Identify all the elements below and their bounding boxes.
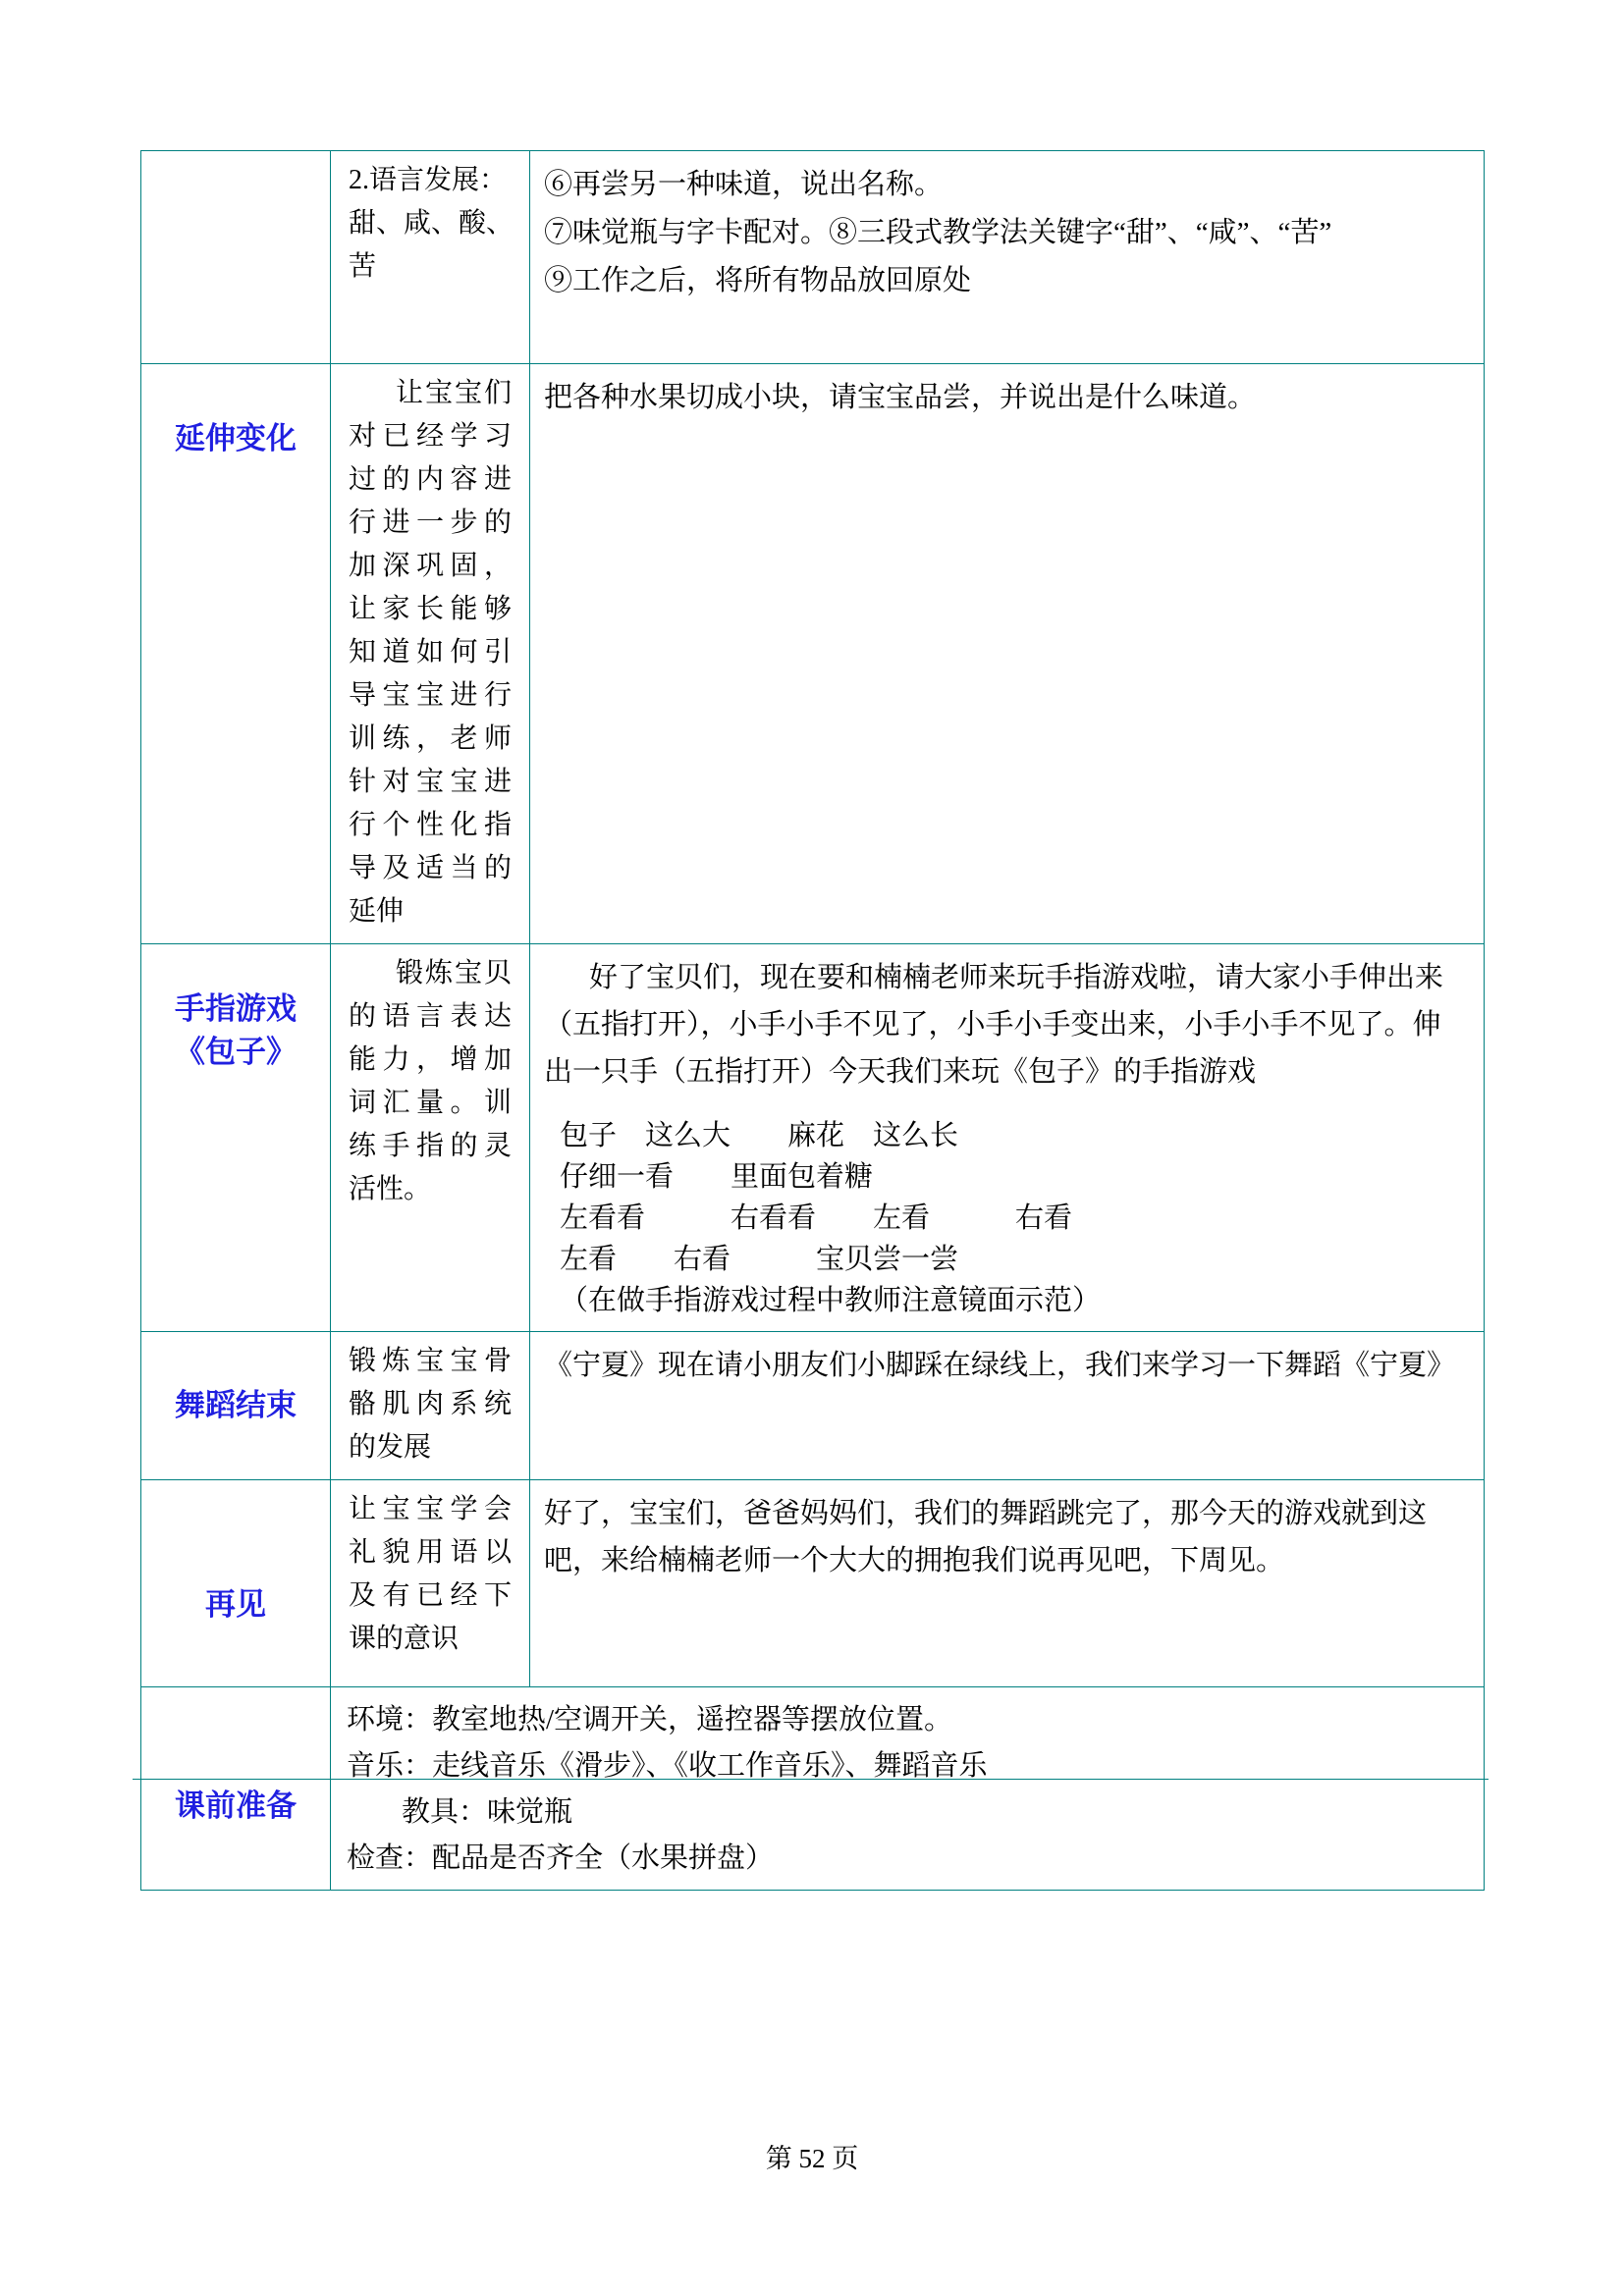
- purpose-text: 让宝宝们对已经学习过的内容进行进一步的加深巩固，让家长能够知道如何引导宝宝进行训…: [349, 372, 512, 934]
- rhyme-line: 仔细一看 里面包着糖: [544, 1156, 1468, 1198]
- cell-preparation-details: 环境：教室地热/空调开关，遥控器等摆放位置。 音乐：走线音乐《滑步》、《收工作音…: [330, 1687, 1484, 1890]
- cell-purpose: 让宝宝们对已经学习过的内容进行进一步的加深巩固，让家长能够知道如何引导宝宝进行训…: [330, 364, 529, 943]
- table-row-finger-game: 手指游戏 《包子》 锻炼宝贝的语言表达能力，增加词汇量。训练手指的灵活性。 好了…: [141, 943, 1484, 1331]
- cell-content: 好了宝贝们，现在要和楠楠老师来玩手指游戏啦，请大家小手伸出来（五指打开），小手小…: [529, 944, 1484, 1331]
- row-label-goodbye: 再见: [205, 1583, 266, 1627]
- table-row-continuation: 2.语言发展： 甜、咸、酸、 苦 ⑥再尝另一种味道，说出名称。 ⑦味觉瓶与字卡配…: [141, 151, 1484, 363]
- finger-game-rhyme: 包子 这么大 麻花 这么长 仔细一看 里面包着糖 左看看 右看看 左看 右看 左…: [544, 1115, 1468, 1321]
- cell-activity-name: 再见: [141, 1480, 330, 1686]
- row-label-dance-end: 舞蹈结束: [175, 1384, 297, 1427]
- lesson-plan-table: 2.语言发展： 甜、咸、酸、 苦 ⑥再尝另一种味道，说出名称。 ⑦味觉瓶与字卡配…: [140, 150, 1485, 1891]
- row-label-extension: 延伸变化: [175, 417, 297, 460]
- cell-purpose: 锻炼宝贝的语言表达能力，增加词汇量。训练手指的灵活性。: [330, 944, 529, 1331]
- purpose-text: 锻炼宝宝骨骼肌肉系统的发展: [349, 1340, 512, 1469]
- cell-activity-name-empty: [141, 151, 330, 363]
- cell-content-steps: ⑥再尝另一种味道，说出名称。 ⑦味觉瓶与字卡配对。⑧三段式教学法关键字“甜”、“…: [529, 151, 1484, 363]
- page-number: 第 52 页: [0, 2143, 1624, 2174]
- table-row-dance-end: 舞蹈结束 锻炼宝宝骨骼肌肉系统的发展 《宁夏》现在请小朋友们小脚踩在绿线上，我们…: [141, 1331, 1484, 1479]
- purpose-text: 锻炼宝贝的语言表达能力，增加词汇量。训练手指的灵活性。: [349, 952, 512, 1211]
- table-row-extension: 延伸变化 让宝宝们对已经学习过的内容进行进一步的加深巩固，让家长能够知道如何引导…: [141, 363, 1484, 943]
- step-line: ⑨工作之后，将所有物品放回原处: [544, 257, 1468, 305]
- prep-line-props: 教具：味觉瓶: [347, 1789, 1468, 1836]
- content-text: 《宁夏》现在请小朋友们小脚踩在绿线上，我们来学习一下舞蹈《宁夏》: [544, 1342, 1468, 1389]
- rhyme-line: 包子 这么大 麻花 这么长: [544, 1115, 1468, 1156]
- cell-activity-name: 延伸变化: [141, 364, 330, 943]
- prep-line-check: 检查：配品是否齐全（水果拼盘）: [347, 1836, 1468, 1882]
- step-line: ⑥再尝另一种味道，说出名称。: [544, 161, 1468, 209]
- cell-activity-name: 舞蹈结束: [141, 1332, 330, 1479]
- purpose-text: 让宝宝学会礼貌用语以及有已经下课的意识: [349, 1488, 512, 1661]
- table-bottom-rule: [133, 1779, 1489, 1780]
- prep-line-environment: 环境：教室地热/空调开关，遥控器等摆放位置。: [347, 1697, 1468, 1743]
- document-page: 2.语言发展： 甜、咸、酸、 苦 ⑥再尝另一种味道，说出名称。 ⑦味觉瓶与字卡配…: [0, 0, 1624, 2296]
- content-text: 好了，宝宝们，爸爸妈妈们，我们的舞蹈跳完了，那今天的游戏就到这吧，来给楠楠老师一…: [544, 1490, 1468, 1584]
- rhyme-line: 左看看 右看看 左看 右看: [544, 1198, 1468, 1239]
- row-label-preparation: 课前准备: [175, 1785, 297, 1828]
- row-label-finger-game: 手指游戏 《包子》: [175, 988, 297, 1074]
- cell-purpose-language-development: 2.语言发展： 甜、咸、酸、 苦: [330, 151, 529, 363]
- cell-purpose: 让宝宝学会礼貌用语以及有已经下课的意识: [330, 1480, 529, 1686]
- cell-content: 《宁夏》现在请小朋友们小脚踩在绿线上，我们来学习一下舞蹈《宁夏》: [529, 1332, 1484, 1479]
- finger-game-intro: 好了宝贝们，现在要和楠楠老师来玩手指游戏啦，请大家小手伸出来（五指打开），小手小…: [544, 954, 1468, 1095]
- cell-purpose: 锻炼宝宝骨骼肌肉系统的发展: [330, 1332, 529, 1479]
- prep-line-music: 音乐：走线音乐《滑步》、《收工作音乐》、舞蹈音乐: [347, 1743, 1468, 1789]
- table-row-preparation: 课前准备 环境：教室地热/空调开关，遥控器等摆放位置。 音乐：走线音乐《滑步》、…: [141, 1686, 1484, 1890]
- step-line: ⑦味觉瓶与字卡配对。⑧三段式教学法关键字“甜”、“咸”、“苦”: [544, 209, 1468, 257]
- content-text: 把各种水果切成小块，请宝宝品尝，并说出是什么味道。: [544, 374, 1468, 421]
- cell-content: 把各种水果切成小块，请宝宝品尝，并说出是什么味道。: [529, 364, 1484, 943]
- cell-content: 好了，宝宝们，爸爸妈妈们，我们的舞蹈跳完了，那今天的游戏就到这吧，来给楠楠老师一…: [529, 1480, 1484, 1686]
- table-row-goodbye: 再见 让宝宝学会礼貌用语以及有已经下课的意识 好了，宝宝们，爸爸妈妈们，我们的舞…: [141, 1479, 1484, 1686]
- cell-activity-name: 手指游戏 《包子》: [141, 944, 330, 1331]
- cell-activity-name: 课前准备: [141, 1687, 330, 1890]
- rhyme-line: 左看 右看 宝贝尝一尝: [544, 1239, 1468, 1280]
- rhyme-note: （在做手指游戏过程中教师注意镜面示范）: [544, 1280, 1468, 1321]
